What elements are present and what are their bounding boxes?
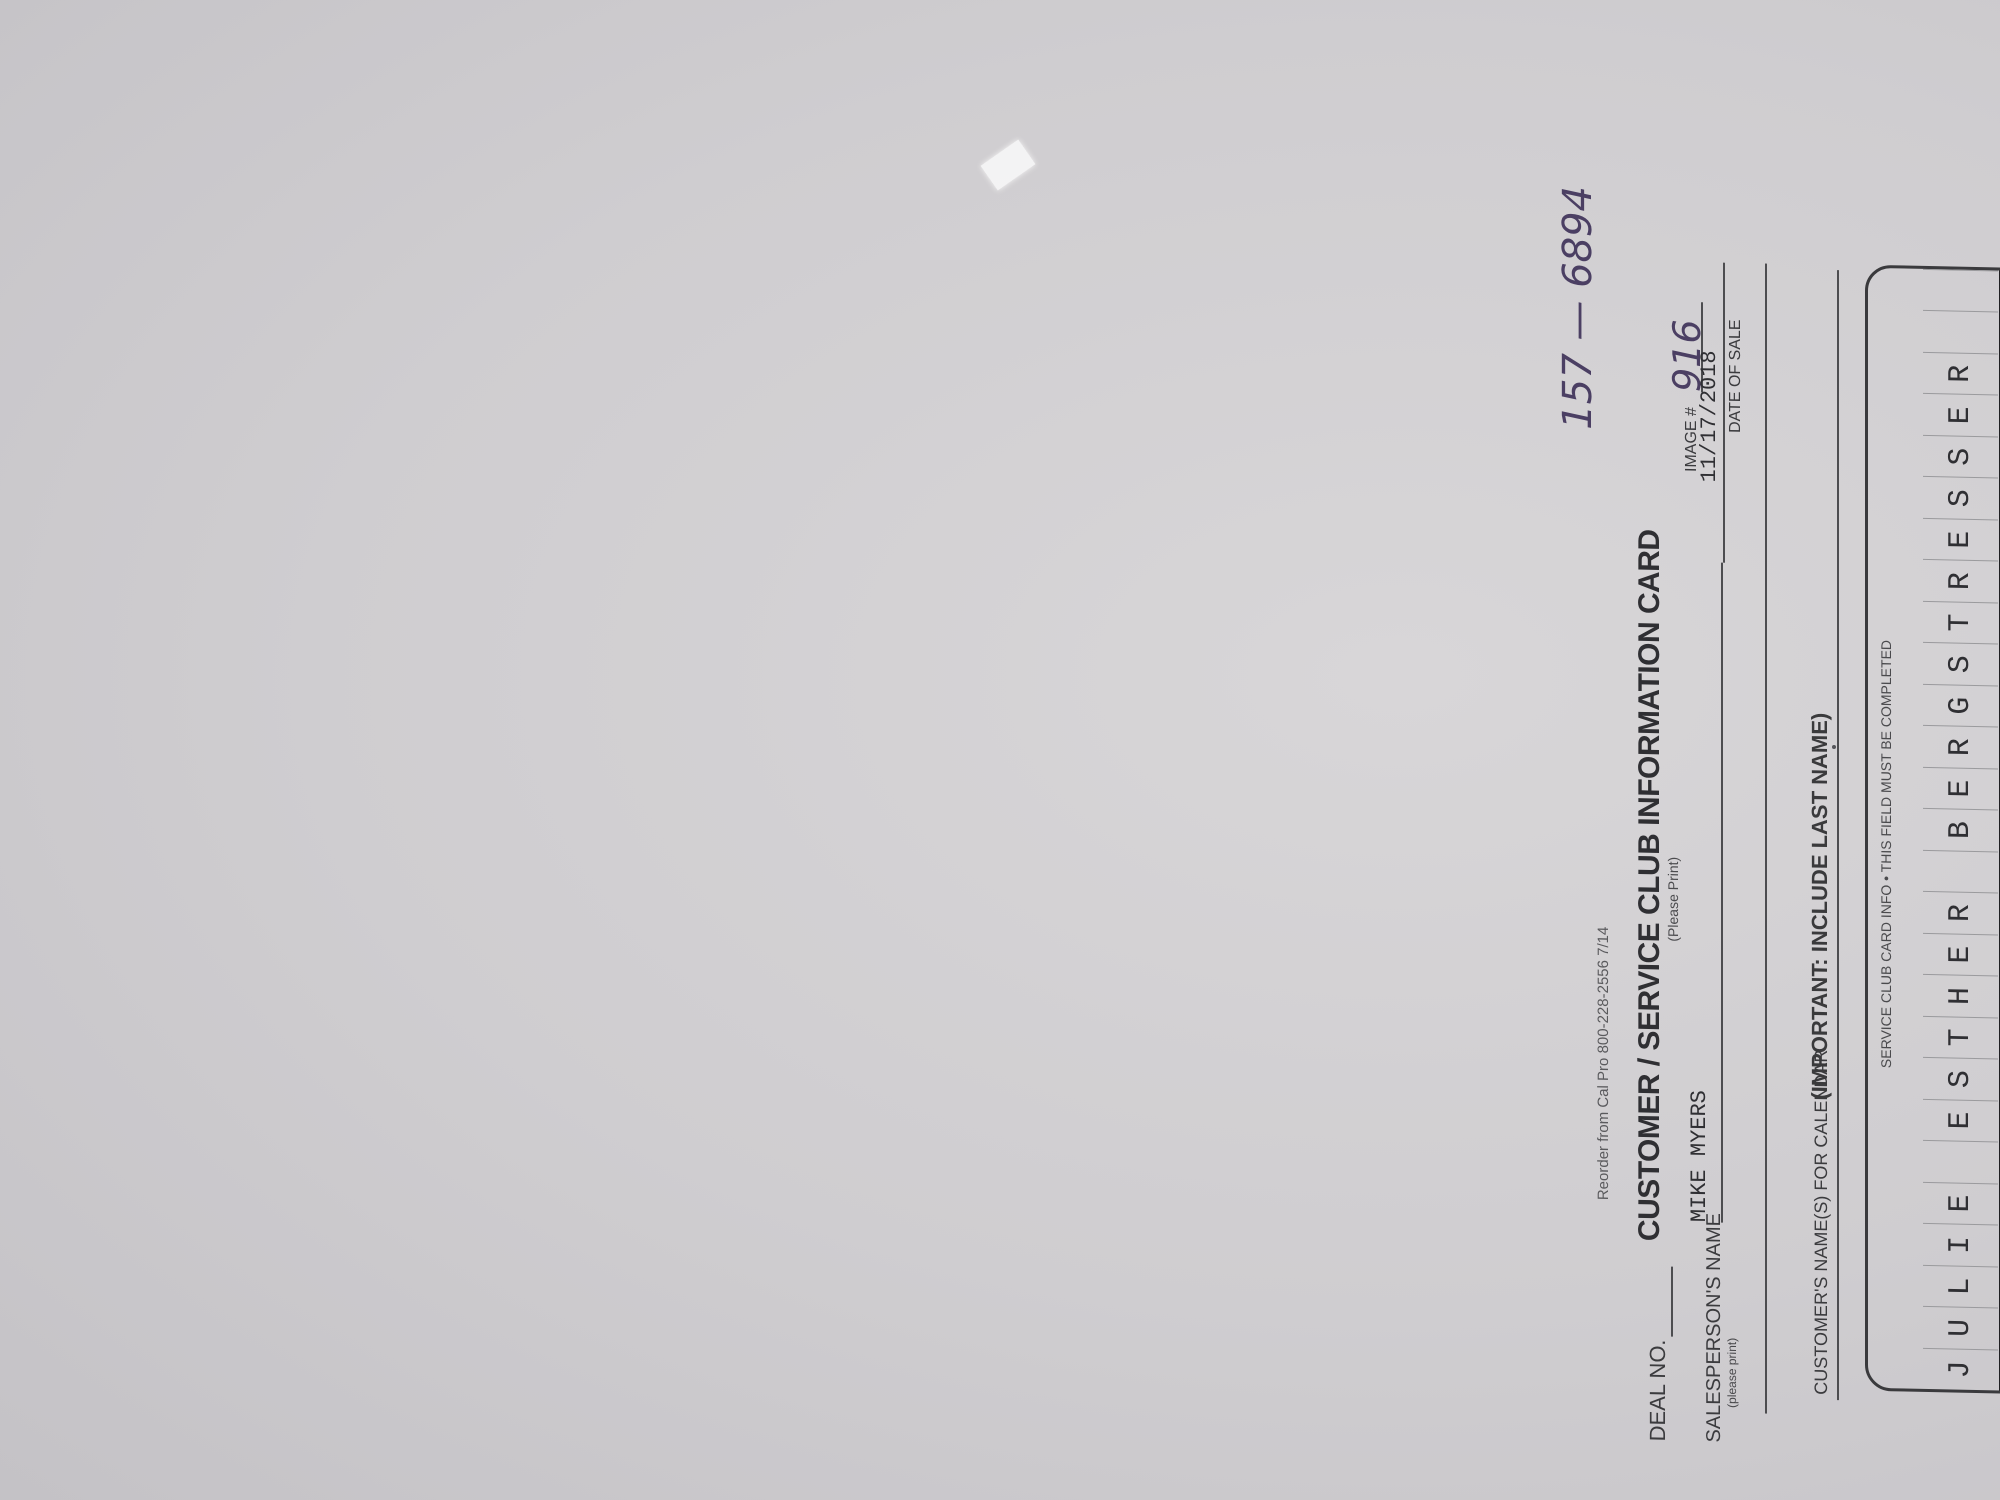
deal-no-field[interactable] [1645,1266,1673,1337]
tape-scrap [981,140,1036,191]
service-card-cell[interactable]: E [1923,1098,1998,1141]
service-card-cell[interactable] [1923,850,1998,893]
service-club-information-card: Reorder from Cal Pro 800-228-2556 7/14 1… [1595,200,2000,1467]
salesperson-note: (please print) [1725,1338,1739,1408]
service-card-note: SERVICE CLUB CARD INFO • THIS FIELD MUST… [1878,640,1894,1068]
service-card-cell[interactable]: U [1923,1306,1998,1349]
service-card-cell[interactable]: E [1923,767,1998,810]
date-of-sale-field [1695,262,1725,563]
service-card-cell[interactable]: G [1923,684,1998,727]
section-divider [1765,264,1767,1414]
service-card-cell[interactable]: B [1923,808,1998,851]
service-card-cell[interactable] [1923,310,1998,353]
service-card-cell[interactable]: S [1923,476,1998,519]
service-card-cell[interactable]: J [1923,1347,1998,1390]
service-card-cell[interactable]: R [1923,352,1998,395]
reorder-line: Reorder from Cal Pro 800-228-2556 7/14 [1595,927,1612,1201]
service-card-cell[interactable]: S [1923,642,1998,685]
handwritten-reference: 157 — 6894 [1555,186,1601,431]
service-card-cell[interactable] [1923,1140,1998,1183]
service-card-cell[interactable]: E [1923,518,1998,561]
service-card-cell[interactable]: T [1923,1016,1998,1059]
service-card-cell[interactable] [1923,269,1998,312]
service-card-cell[interactable]: E [1923,393,1998,436]
form-title: CUSTOMER / SERVICE CLUB INFORMATION CARD [1633,529,1667,1241]
service-card-cell[interactable]: E [1923,1181,1998,1224]
service-card-cell[interactable]: R [1923,559,1998,602]
service-card-cell[interactable]: R [1923,725,1998,768]
salesperson-label: SALESPERSON'S NAME [1703,1213,1726,1443]
customer-names-field[interactable] [1807,269,1839,1400]
service-card-cell[interactable]: H [1923,974,1998,1017]
service-card-cell[interactable]: E [1923,933,1998,976]
service-card-cell[interactable]: T [1923,601,1998,644]
please-print-note: (Please Print) [1665,857,1681,942]
salesperson-field[interactable]: MIKE MYERS [1687,562,1723,1223]
service-card-cell[interactable]: R [1923,891,1998,934]
service-card-cell[interactable]: L [1923,1264,1998,1307]
deal-no-label: DEAL NO. [1645,1339,1671,1441]
service-club-card-name-box[interactable]: SERVICE CLUB CARD INFO • THIS FIELD MUST… [1865,265,2000,1395]
service-card-cell[interactable]: I [1923,1223,1998,1266]
service-card-cell[interactable]: S [1923,435,1998,478]
service-card-cell[interactable]: S [1923,1057,1998,1100]
date-of-sale-label: DATE OF SALE [1727,319,1745,433]
service-card-character-cells[interactable]: JULIE ESTHER BERGSTRESSER [1923,269,1998,1391]
